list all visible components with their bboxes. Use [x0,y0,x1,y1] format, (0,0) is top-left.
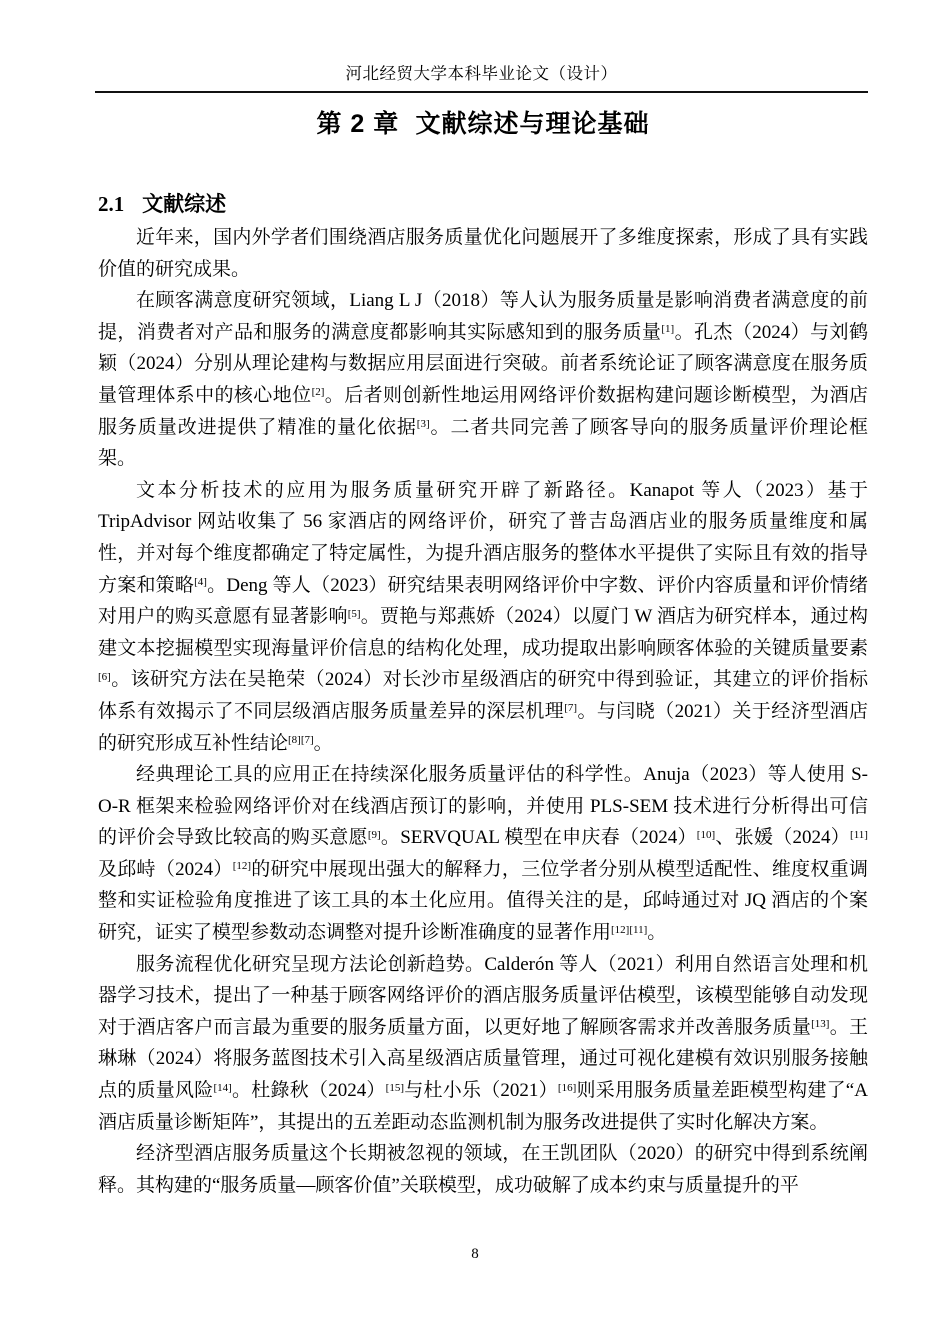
chapter-name: 文献综述与理论基础 [416,110,650,138]
section-number: 2.1 [98,192,124,216]
citation-ref: [8][7] [288,734,314,746]
section-heading: 2.1文献综述 [98,188,226,218]
citation-ref: [2] [312,386,325,398]
paragraph: 经济型酒店服务质量这个长期被忽视的领域，在王凯团队（2020）的研究中得到系统阐… [98,1138,868,1201]
section-title: 文献综述 [142,193,226,216]
chapter-title: 第 2 章文献综述与理论基础 [98,104,868,140]
paragraph: 经典理论工具的应用正在持续深化服务质量评估的科学性。Anuja（2023）等人使… [98,759,868,949]
page-header: 河北经贸大学本科毕业论文（设计） [95,60,868,93]
paragraph: 近年来，国内外学者们围绕酒店服务质量优化问题展开了多维度探索，形成了具有实践价值… [98,222,868,285]
page-number: 8 [0,1246,950,1263]
citation-ref: [12][11] [611,924,647,936]
page-header-title: 河北经贸大学本科毕业论文（设计） [346,64,618,83]
citation-ref: [12] [233,860,251,872]
citation-ref: [11] [850,829,868,841]
citation-ref: [4] [194,576,207,588]
paragraph: 服务流程优化研究呈现方法论创新趋势。Calderón 等人（2021）利用自然语… [98,949,868,1139]
thesis-page: 河北经贸大学本科毕业论文（设计） 第 2 章文献综述与理论基础 2.1文献综述 … [0,0,950,1344]
citation-ref: [7] [564,702,577,714]
citation-ref: [15] [386,1082,404,1094]
citation-ref: [16] [558,1082,576,1094]
citation-ref: [1] [661,323,674,335]
citation-ref: [5] [348,608,361,620]
citation-ref: [3] [417,418,430,430]
citation-ref: [14] [213,1082,231,1094]
paragraph: 文本分析技术的应用为服务质量研究开辟了新路径。Kanapot 等人（2023）基… [98,475,868,759]
citation-ref: [10] [697,829,715,841]
citation-ref: [13] [811,1018,829,1030]
paragraph-list: 近年来，国内外学者们围绕酒店服务质量优化问题展开了多维度探索，形成了具有实践价值… [98,222,868,1201]
chapter-number: 第 2 章 [316,110,399,138]
citation-ref: [9] [368,829,381,841]
citation-ref: [6] [98,671,111,683]
paragraph: 在顾客满意度研究领域，Liang L J（2018）等人认为服务质量是影响消费者… [98,285,868,475]
